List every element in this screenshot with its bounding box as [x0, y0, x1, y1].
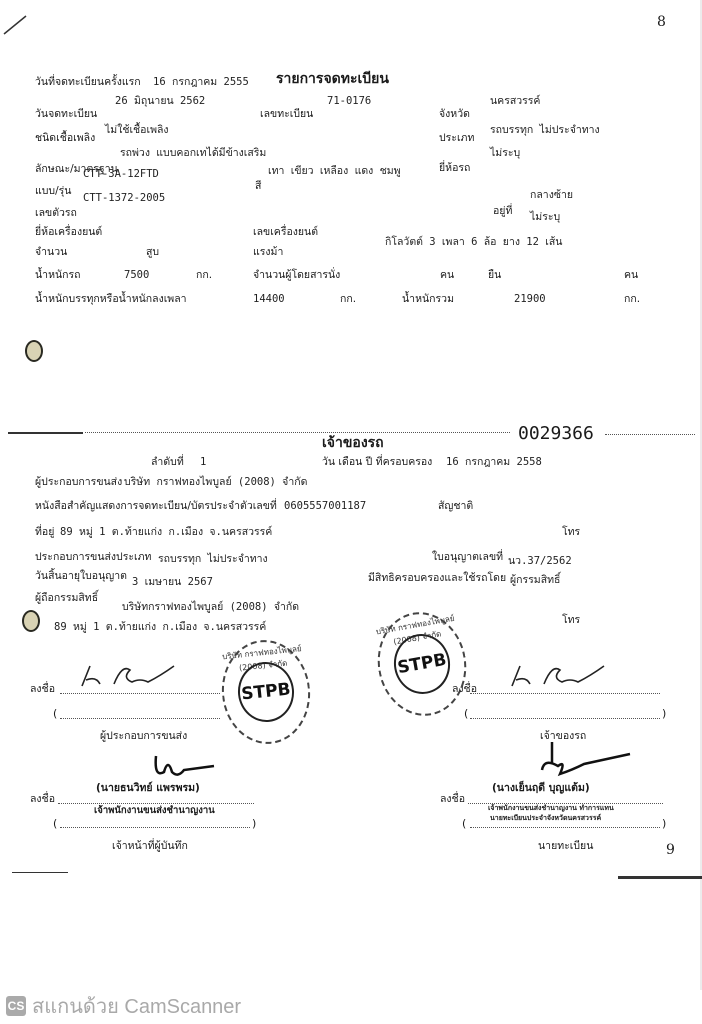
registrar-position-2: นายทะเบียนประจำจังหวัดนครสวรรค์ — [490, 814, 601, 823]
holder-phone-label: โทร — [562, 614, 580, 627]
holder-name: บริษัทกราฟทองไพบูลย์ (2008) จำกัด — [122, 601, 299, 614]
divider-dotted — [85, 432, 510, 433]
registration-date: 26 มิถุนายน 2562 — [115, 95, 205, 108]
operator-label: ผู้ประกอบการขนส่ง — [35, 476, 122, 489]
owner-name-line — [470, 718, 660, 719]
footer-rule-right — [618, 876, 702, 879]
rights-value: ผู้กรรมสิทธิ์ — [510, 574, 560, 587]
characteristic: รถพ่วง แบบคอกเทได้มีข้างเสริม — [120, 147, 266, 160]
color-label: สี — [255, 180, 261, 193]
operator-sign-label: ลงชื่อ — [30, 683, 55, 696]
divider-left — [8, 432, 83, 434]
holder-label: ผู้ถือกรรมสิทธิ์ — [35, 592, 98, 605]
possession-date-label: วัน เดือน ปี ที่ครอบครอง — [322, 456, 432, 469]
license-label: ใบอนุญาตเลขที่ — [432, 551, 503, 564]
rights-label: มีสิทธิครอบครองและใช้รถโดย — [368, 572, 506, 585]
plate-label: เลขทะเบียน — [260, 108, 313, 121]
company-stamp-right: บริษัท กราฟทองไพบูลย์ (2008) จำกัด STPB — [370, 605, 475, 723]
owner-signature — [508, 658, 608, 692]
recorder-paren-close: ) — [252, 817, 256, 830]
total-weight-unit: กก. — [624, 293, 640, 306]
total-weight-label: น้ำหนักรวม — [402, 293, 454, 306]
owner-sign-line — [470, 693, 660, 694]
id-number: 0605557001187 — [284, 500, 366, 513]
load-weight-unit: กก. — [340, 293, 356, 306]
passengers-label: จำนวนผู้โดยสารนั่ง — [253, 269, 340, 282]
recorder-role: เจ้าหน้าที่ผู้บันทึก — [112, 840, 188, 853]
vehicle-weight-label: น้ำหนักรถ — [35, 269, 81, 282]
standing-unit: คน — [624, 269, 638, 282]
owner-sign-label: ลงชื่อ — [452, 683, 477, 696]
footer-rule — [12, 872, 68, 873]
recorder-sign-label: ลงชื่อ — [30, 793, 55, 806]
province-label: จังหวัด — [439, 108, 470, 121]
first-registration-label: วันที่จดทะเบียนครั้งแรก — [35, 76, 141, 89]
camscanner-watermark: CS สแกนด้วย CamScanner — [0, 988, 702, 1024]
business-type-label: ประกอบการขนส่งประเภท — [35, 551, 151, 564]
vehicle-type: รถบรรทุก ไม่ประจำทาง — [490, 124, 600, 137]
address: 89 หมู่ 1 ต.ท้ายแก่ง ก.เมือง จ.นครสวรรค์ — [60, 526, 272, 539]
page-number-top: 8 — [657, 16, 666, 29]
operator-sign-line — [60, 693, 220, 694]
operator-signature — [78, 658, 178, 692]
registrar-role: นายทะเบียน — [538, 840, 593, 853]
registrar-name-line — [470, 827, 660, 828]
nationality-label: สัญชาติ — [438, 500, 473, 513]
model-code-1: CTT-3A-12FTD — [83, 168, 159, 181]
recorder-name: (นายธนวิทย์ แพรพรม) — [96, 782, 200, 795]
first-registration-date: 16 กรกฎาคม 2555 — [153, 76, 249, 89]
page-number-bottom: 9 — [666, 844, 675, 857]
business-type: รถบรรทุก ไม่ประจำทาง — [158, 553, 268, 566]
cylinders-unit: สูบ — [146, 246, 159, 259]
chassis-location-label: อยู่ที่ — [493, 205, 512, 218]
address-label: ที่อยู่ — [35, 526, 54, 539]
license-expiry-label: วันสิ้นอายุใบอนุญาต — [35, 570, 127, 583]
brand-label: ยี่ห้อรถ — [439, 162, 470, 175]
engine-number-label: เลขเครื่องยนต์ — [253, 226, 318, 239]
recorder-paren-open: ( — [53, 817, 57, 830]
operator-name-paren-open: ( — [53, 707, 57, 720]
vehicle-weight: 7500 — [124, 269, 149, 282]
passengers-unit: คน — [440, 269, 454, 282]
total-weight: 21900 — [514, 293, 546, 306]
registrar-paren-open: ( — [462, 817, 466, 830]
model-label: แบบ/รุ่น — [35, 185, 71, 198]
fuel-type: ไม่ใช้เชื้อเพลิง — [105, 124, 169, 137]
serial-number: 0029366 — [518, 424, 594, 444]
punch-hole — [22, 610, 40, 632]
camscanner-logo-icon: CS — [6, 996, 26, 1016]
chassis-label: เลขตัวรถ — [35, 207, 77, 220]
operator-name-line — [60, 718, 220, 719]
vehicle-type-label: ประเภท — [439, 132, 474, 145]
recorder-position: เจ้าพนักงานขนส่งชำนาญงาน — [94, 804, 215, 817]
load-weight: 14400 — [253, 293, 285, 306]
standing-label: ยืน — [488, 269, 501, 282]
vehicle-weight-unit: กก. — [196, 269, 212, 282]
owner-name-paren-open: ( — [464, 707, 468, 720]
phone-label: โทร — [562, 526, 580, 539]
punch-hole — [25, 340, 43, 362]
holder-address: 89 หมู่ 1 ต.ท้ายแก่ง ก.เมือง จ.นครสวรรค์ — [54, 621, 266, 634]
brand: ไม่ระบุ — [490, 147, 520, 160]
registration-date-label: วันจดทะเบียน — [35, 108, 97, 121]
order-label: ลำดับที่ — [151, 456, 184, 469]
plate-number: 71-0176 — [327, 95, 371, 108]
cylinders-label: จำนวน — [35, 246, 67, 259]
owner-name-paren-close: ) — [662, 707, 666, 720]
registrar-paren-close: ) — [662, 817, 666, 830]
camscanner-text: สแกนด้วย CamScanner — [32, 990, 241, 1022]
chassis-value: ไม่ระบุ — [530, 211, 560, 224]
chassis-location: กลางซ้าย — [530, 189, 573, 202]
registrar-name: (นางเย็นฤดี บุญแต้ม) — [492, 782, 590, 795]
model-code-2: CTT-1372-2005 — [83, 192, 165, 205]
province: นครสวรรค์ — [490, 95, 540, 108]
color: เทา เขียว เหลือง แดง ชมพู — [268, 165, 401, 178]
company-stamp-left: บริษัท กราฟทองไพบูลย์ (2008) จำกัด STPB — [217, 636, 315, 749]
operator-name: บริษัท กราฟทองไพบูลย์ (2008) จำกัด — [124, 476, 307, 489]
fuel-label: ชนิดเชื้อเพลิง — [35, 132, 95, 145]
possession-date: 16 กรกฎาคม 2558 — [446, 456, 542, 469]
registration-title: รายการจดทะเบียน — [276, 73, 389, 86]
order-number: 1 — [200, 456, 206, 469]
license-expiry: 3 เมษายน 2567 — [132, 576, 213, 589]
registrar-sign-label: ลงชื่อ — [440, 793, 465, 806]
horsepower-label: แรงม้า — [253, 246, 283, 259]
corner-mark — [2, 14, 28, 36]
owner-title: เจ้าของรถ — [322, 437, 384, 450]
recorder-signature — [150, 752, 220, 786]
divider-right — [605, 434, 695, 435]
load-weight-label: น้ำหนักบรรทุกหรือน้ำหนักลงเพลา — [35, 293, 187, 306]
registrar-signature — [536, 740, 636, 780]
operator-role: ผู้ประกอบการขนส่ง — [100, 730, 187, 743]
registrar-position-1: เจ้าพนักงานขนส่งชำนาญงาน ทำการแทน — [488, 804, 614, 813]
id-label: หนังสือสำคัญแสดงการจดทะเบียน/บัตรประจำตั… — [35, 500, 277, 513]
engine-brand-label: ยี่ห้อเครื่องยนต์ — [35, 226, 102, 239]
axle-wheel-info: กิโลวัตต์ 3 เพลา 6 ล้อ ยาง 12 เส้น — [385, 236, 562, 249]
recorder-name-line — [60, 827, 250, 828]
license-number: นว.37/2562 — [508, 555, 572, 568]
